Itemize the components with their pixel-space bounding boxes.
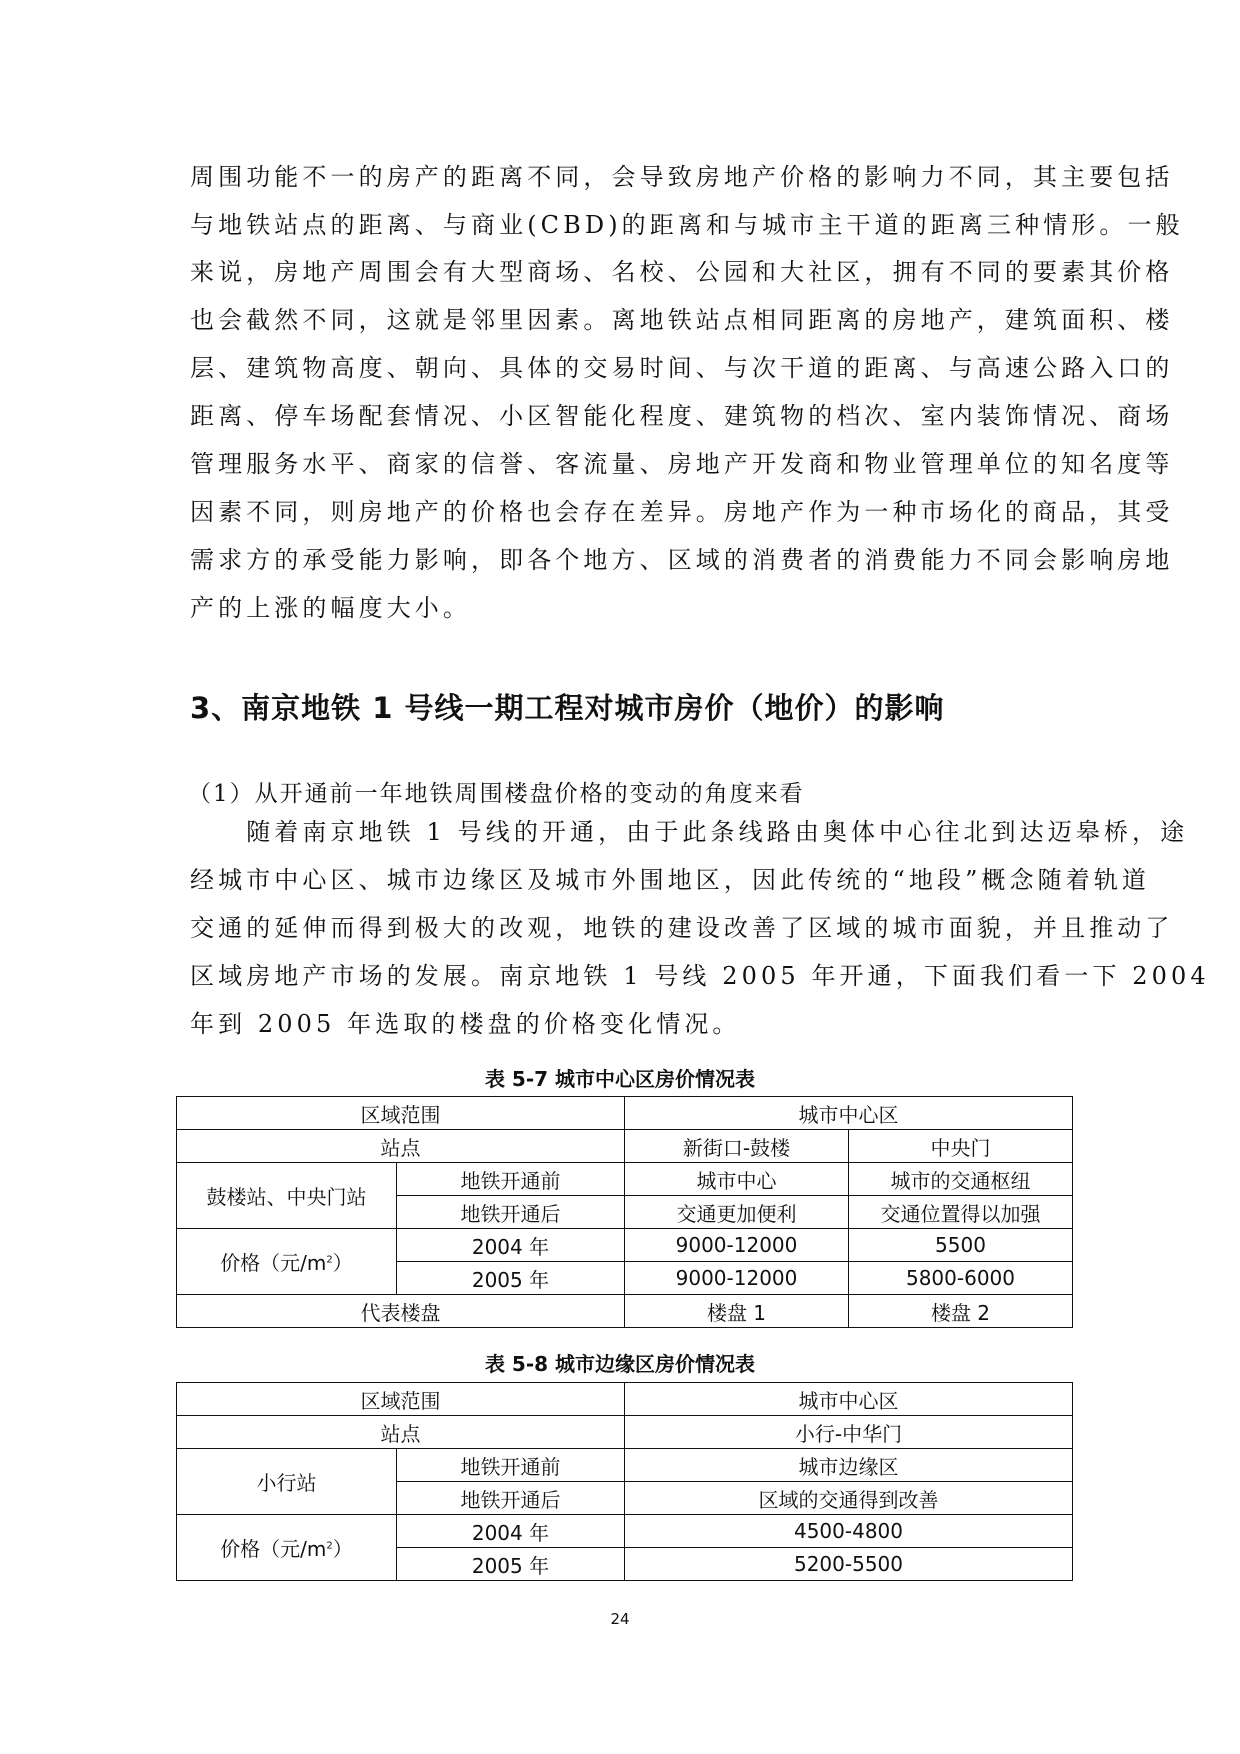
- table-row: 站点 小行-中华门: [177, 1416, 1073, 1449]
- table-cell: 2004 年: [397, 1515, 625, 1548]
- table-cell: 楼盘 1: [625, 1295, 849, 1328]
- text-line: 因素不同，则房地产的价格也会存在差异。房地产作为一种市场化的商品，其受: [190, 500, 1060, 524]
- text-line: 经城市中心区、城市边缘区及城市外围地区，因此传统的“地段”概念随着轨道: [190, 868, 1060, 892]
- table-cell: 楼盘 2: [849, 1295, 1073, 1328]
- table-cell: 区域的交通得到改善: [625, 1482, 1073, 1515]
- table-row: 鼓楼站、中央门站 地铁开通前 城市中心 城市的交通枢纽: [177, 1163, 1073, 1196]
- table-row: 价格（元/m2） 2004 年 4500-4800: [177, 1515, 1073, 1548]
- table-cell: 2005 年: [397, 1262, 625, 1295]
- table-cell: 5500: [849, 1229, 1073, 1262]
- table-cell: 城市的交通枢纽: [849, 1163, 1073, 1196]
- table-cell: 2004 年: [397, 1229, 625, 1262]
- text-line: 随着南京地铁 1 号线的开通，由于此条线路由奥体中心往北到达迈皋桥，途: [190, 820, 1060, 844]
- text-line: 也会截然不同，这就是邻里因素。离地铁站点相同距离的房地产，建筑面积、楼: [190, 308, 1060, 332]
- page-number: 24: [0, 1610, 1240, 1628]
- table-row: 价格（元/m2） 2004 年 9000-12000 5500: [177, 1229, 1073, 1262]
- table-row: 小行站 地铁开通前 城市边缘区: [177, 1449, 1073, 1482]
- table-cell: 城市中心区: [625, 1097, 1073, 1130]
- text-line: 交通的延伸而得到极大的改观，地铁的建设改善了区域的城市面貌，并且推动了: [190, 916, 1060, 940]
- price-label-close: ）: [333, 1251, 353, 1275]
- table-caption: 表 5-8 城市边缘区房价情况表: [0, 1348, 1240, 1377]
- table-cell: 小行站: [177, 1449, 397, 1515]
- table-cell: 区域范围: [177, 1097, 625, 1130]
- table-cell: 交通位置得以加强: [849, 1196, 1073, 1229]
- table-cell: 9000-12000: [625, 1262, 849, 1295]
- table-cell: 2005 年: [397, 1548, 625, 1581]
- table-cell: 交通更加便利: [625, 1196, 849, 1229]
- table-cell: 9000-12000: [625, 1229, 849, 1262]
- table-row: 区域范围 城市中心区: [177, 1097, 1073, 1130]
- table-cell: 鼓楼站、中央门站: [177, 1163, 397, 1229]
- subsection-heading: （1）从开通前一年地铁周围楼盘价格的变动的角度来看: [188, 775, 805, 808]
- price-label-close: ）: [333, 1537, 353, 1561]
- text-line: 产的上涨的幅度大小。: [190, 596, 1060, 620]
- table-cell: 5800-6000: [849, 1262, 1073, 1295]
- text-line: 需求方的承受能力影响，即各个地方、区域的消费者的消费能力不同会影响房地: [190, 548, 1060, 572]
- text-line: 距离、停车场配套情况、小区智能化程度、建筑物的档次、室内装饰情况、商场: [190, 404, 1060, 428]
- table-cell: 小行-中华门: [625, 1416, 1073, 1449]
- table-cell: 城市中心区: [625, 1383, 1073, 1416]
- table-cell: 代表楼盘: [177, 1295, 625, 1328]
- table-cell: 5200-5500: [625, 1548, 1073, 1581]
- table-cell: 4500-4800: [625, 1515, 1073, 1548]
- section-heading: 3、南京地铁 1 号线一期工程对城市房价（地价）的影响: [190, 686, 945, 727]
- table-caption: 表 5-7 城市中心区房价情况表: [0, 1063, 1240, 1092]
- text-line: 来说，房地产周围会有大型商场、名校、公园和大社区，拥有不同的要素其价格: [190, 260, 1060, 284]
- table-cell: 城市中心: [625, 1163, 849, 1196]
- table-cell: 地铁开通后: [397, 1482, 625, 1515]
- text-line: 层、建筑物高度、朝向、具体的交易时间、与次干道的距离、与高速公路入口的: [190, 356, 1060, 380]
- table-row: 区域范围 城市中心区: [177, 1383, 1073, 1416]
- table-cell: 地铁开通前: [397, 1163, 625, 1196]
- table-cell: 地铁开通前: [397, 1449, 625, 1482]
- table-cell: 中央门: [849, 1130, 1073, 1163]
- table-cell-price-label: 价格（元/m2）: [177, 1515, 397, 1581]
- table-cell: 区域范围: [177, 1383, 625, 1416]
- table-cell: 城市边缘区: [625, 1449, 1073, 1482]
- text-line: 与地铁站点的距离、与商业(CBD)的距离和与城市主干道的距离三种情形。一般: [190, 213, 1060, 237]
- text-line: 年到 2005 年选取的楼盘的价格变化情况。: [190, 1012, 1060, 1036]
- text-line: 区域房地产市场的发展。南京地铁 1 号线 2005 年开通，下面我们看一下 20…: [190, 964, 1060, 988]
- price-label: 价格（元/m: [220, 1537, 326, 1561]
- table-cell: 站点: [177, 1130, 625, 1163]
- city-edge-price-table: 区域范围 城市中心区 站点 小行-中华门 小行站 地铁开通前 城市边缘区 地铁开…: [176, 1382, 1073, 1581]
- text-line: 周围功能不一的房产的距离不同，会导致房地产价格的影响力不同，其主要包括: [190, 165, 1060, 189]
- table-cell: 新街口-鼓楼: [625, 1130, 849, 1163]
- table-cell: 站点: [177, 1416, 625, 1449]
- table-cell-price-label: 价格（元/m2）: [177, 1229, 397, 1295]
- city-center-price-table: 区域范围 城市中心区 站点 新街口-鼓楼 中央门 鼓楼站、中央门站 地铁开通前 …: [176, 1096, 1073, 1328]
- table-cell: 地铁开通后: [397, 1196, 625, 1229]
- table-row: 代表楼盘 楼盘 1 楼盘 2: [177, 1295, 1073, 1328]
- price-label: 价格（元/m: [220, 1251, 326, 1275]
- table-row: 站点 新街口-鼓楼 中央门: [177, 1130, 1073, 1163]
- text-line: 管理服务水平、商家的信誉、客流量、房地产开发商和物业管理单位的知名度等: [190, 452, 1060, 476]
